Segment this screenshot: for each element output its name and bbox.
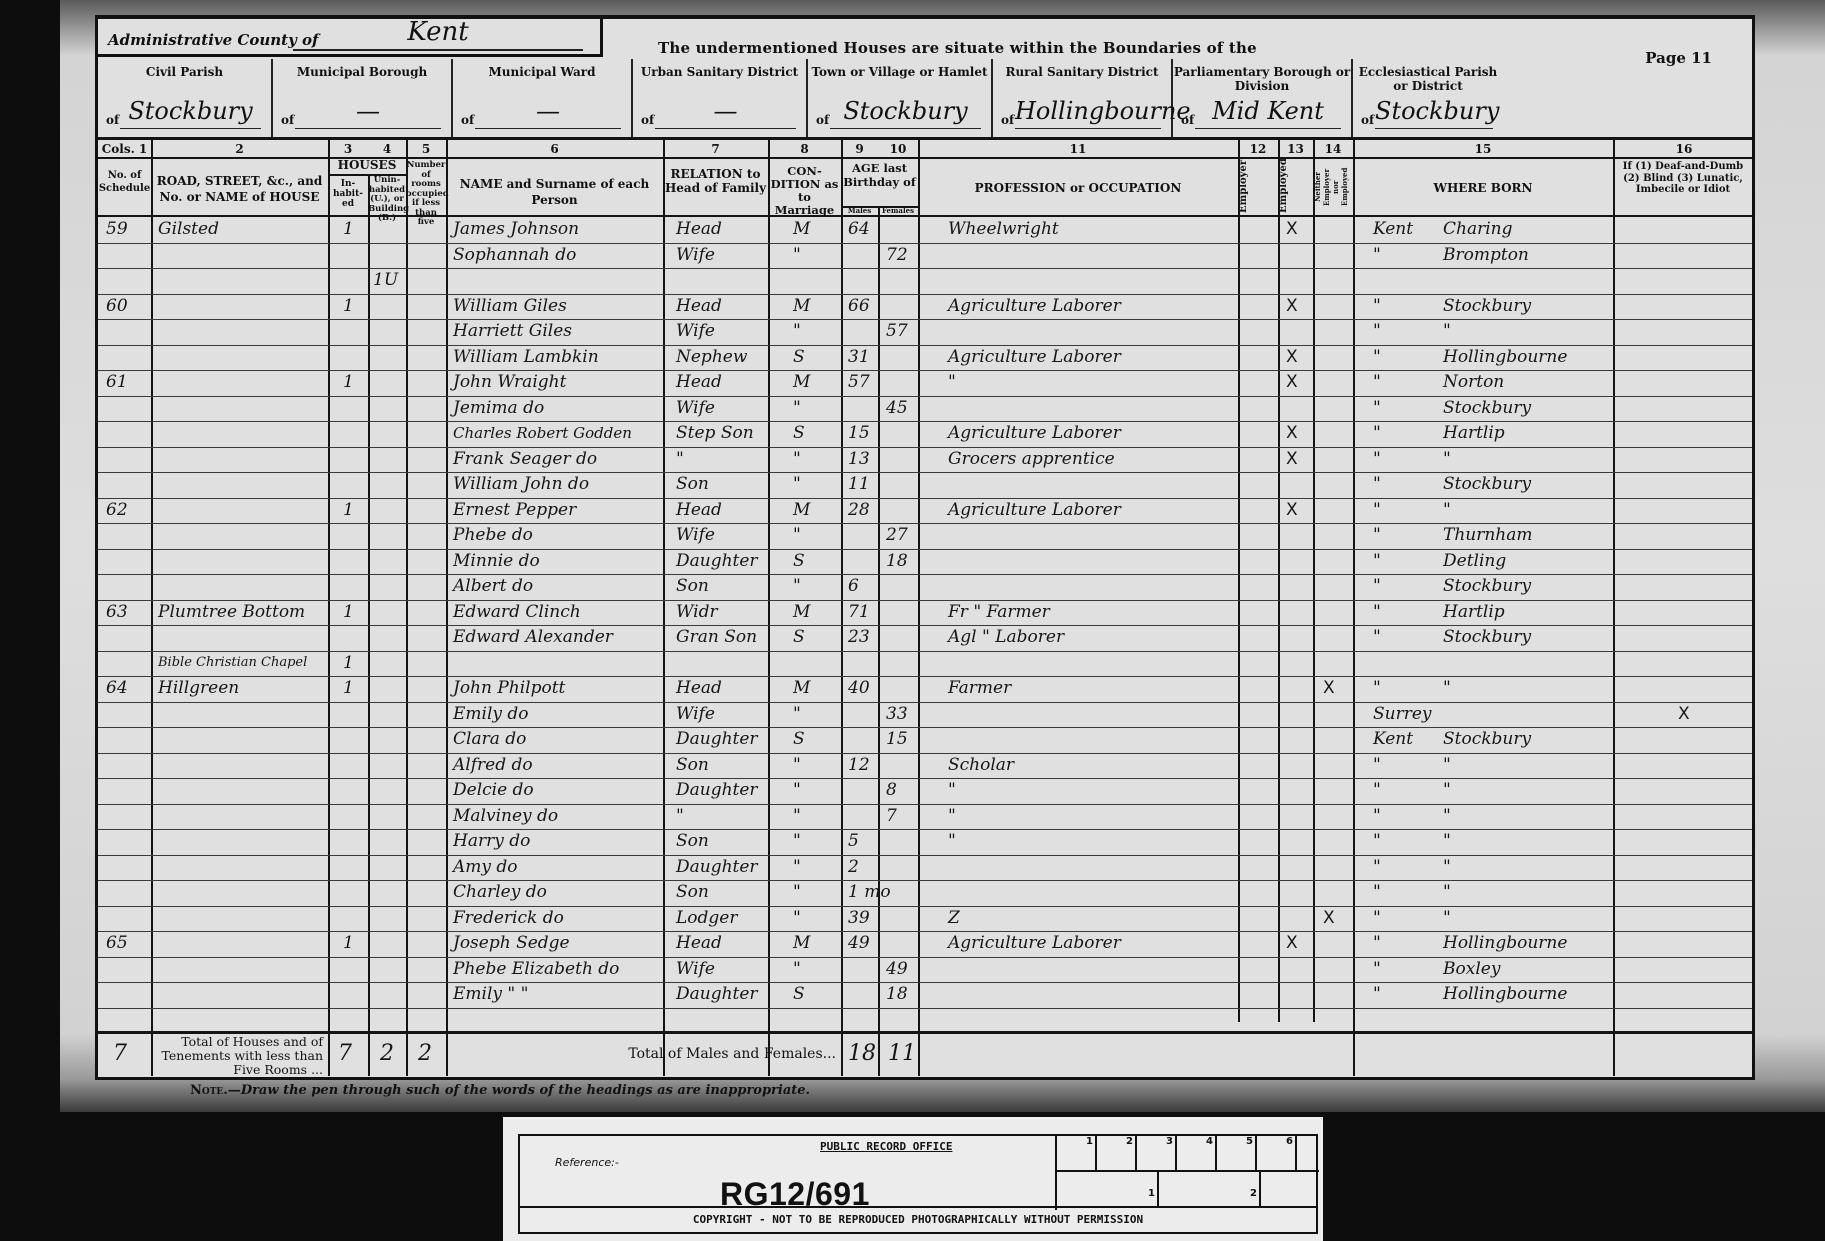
marital-condition: S bbox=[793, 726, 805, 752]
age-female: 18 bbox=[886, 981, 908, 1007]
marital-condition: " bbox=[793, 701, 801, 727]
scale-tick: 2 bbox=[1097, 1136, 1137, 1170]
column-number: 2 bbox=[151, 140, 328, 158]
header-neither: Neither Employer nor Employed bbox=[1313, 161, 1353, 213]
marital-condition: S bbox=[793, 420, 805, 446]
birth-county: " bbox=[1373, 318, 1381, 344]
relation-to-head: Head bbox=[676, 369, 722, 395]
column-rule bbox=[1353, 140, 1355, 1076]
person-name: James Johnson bbox=[453, 216, 579, 242]
header-where-born: WHERE BORN bbox=[1353, 182, 1613, 195]
row-rule bbox=[98, 804, 1752, 805]
column-rule bbox=[1613, 140, 1615, 1076]
birth-place: Hollingbourne bbox=[1443, 981, 1567, 1007]
road-name: Bible Christian Chapel bbox=[158, 650, 307, 676]
birth-place: Hollingbourne bbox=[1443, 930, 1567, 956]
district-label: Municipal Borough bbox=[273, 65, 451, 79]
district-value: — bbox=[475, 94, 621, 129]
reference-slip-frame: PUBLIC RECORD OFFICE Reference:- RG12/69… bbox=[518, 1134, 1318, 1234]
divider bbox=[98, 1031, 1752, 1034]
person-name: Malviney do bbox=[453, 803, 558, 829]
census-enumeration-sheet: Administrative County of Kent The underm… bbox=[95, 15, 1755, 1080]
occupation: Agriculture Laborer bbox=[948, 930, 1121, 956]
birth-county: " bbox=[1373, 471, 1381, 497]
district-7: Ecclesiastical Parish or DistrictofStock… bbox=[1353, 59, 1503, 137]
header-employed: Employed bbox=[1278, 161, 1313, 213]
birth-county: Kent bbox=[1373, 726, 1413, 752]
row-rule bbox=[98, 906, 1752, 907]
district-4: Town or Village or HamletofStockbury bbox=[808, 59, 993, 137]
relation-to-head: " bbox=[676, 446, 684, 472]
age-female: 27 bbox=[886, 522, 908, 548]
marital-condition: S bbox=[793, 344, 805, 370]
employed-mark: X bbox=[1286, 293, 1298, 319]
age-male: 64 bbox=[848, 216, 870, 242]
header-females: Females bbox=[878, 207, 918, 215]
relation-to-head: Head bbox=[676, 216, 722, 242]
occupation: " bbox=[948, 777, 956, 803]
row-rule bbox=[98, 447, 1752, 448]
birth-place: " bbox=[1443, 828, 1451, 854]
age-female: 57 bbox=[886, 318, 908, 344]
county-value: Kent bbox=[293, 17, 583, 51]
marital-condition: M bbox=[793, 497, 810, 523]
relation-to-head: Wife bbox=[676, 318, 715, 344]
column-number: 13 bbox=[1278, 140, 1313, 158]
age-male: 11 bbox=[848, 471, 870, 497]
total-inhabited: 7 bbox=[338, 1041, 352, 1067]
relation-to-head: Head bbox=[676, 293, 722, 319]
district-2: Municipal Wardof— bbox=[453, 59, 633, 137]
district-1: Municipal Boroughof— bbox=[273, 59, 453, 137]
relation-to-head: Daughter bbox=[676, 854, 758, 880]
person-name: Edward Clinch bbox=[453, 599, 581, 625]
column-rule bbox=[446, 140, 448, 1076]
header-uninhabited: Unin-habited (U.), or Building (B.) bbox=[368, 176, 406, 224]
age-male: 13 bbox=[848, 446, 870, 472]
birth-county: " bbox=[1373, 981, 1381, 1007]
person-name: Emily " " bbox=[453, 981, 528, 1007]
of-label: of bbox=[1001, 113, 1014, 127]
marital-condition: M bbox=[793, 216, 810, 242]
employed-mark: X bbox=[1286, 420, 1298, 446]
birth-place: " bbox=[1443, 905, 1451, 931]
person-name: Alfred do bbox=[453, 752, 533, 778]
district-label: Urban Sanitary District bbox=[633, 65, 806, 79]
age-male: 49 bbox=[848, 930, 870, 956]
row-rule bbox=[98, 880, 1752, 881]
inhabited-mark: 1 bbox=[343, 930, 354, 956]
header-rooms: Number of rooms occupied if less than fi… bbox=[406, 161, 446, 228]
relation-to-head: Son bbox=[676, 471, 709, 497]
marital-condition: M bbox=[793, 293, 810, 319]
relation-to-head: Wife bbox=[676, 242, 715, 268]
person-name: William John do bbox=[453, 471, 589, 497]
relation-to-head: Son bbox=[676, 828, 709, 854]
relation-to-head: Head bbox=[676, 930, 722, 956]
boundary-title: The undermentioned Houses are situate wi… bbox=[658, 39, 1257, 57]
birth-place: Stockbury bbox=[1443, 293, 1531, 319]
age-male: 12 bbox=[848, 752, 870, 778]
age-female: 33 bbox=[886, 701, 908, 727]
birth-place: " bbox=[1443, 752, 1451, 778]
header-name: NAME and Surname of each Person bbox=[446, 176, 663, 208]
total-females: 11 bbox=[888, 1041, 916, 1067]
age-male: 71 bbox=[848, 599, 870, 625]
person-name: Phebe Elizabeth do bbox=[453, 956, 619, 982]
marital-condition: " bbox=[793, 956, 801, 982]
column-number: 3 bbox=[328, 140, 368, 158]
person-name: Delcie do bbox=[453, 777, 534, 803]
relation-to-head: Daughter bbox=[676, 726, 758, 752]
marital-condition: " bbox=[793, 777, 801, 803]
reference-slip: PUBLIC RECORD OFFICE Reference:- RG12/69… bbox=[503, 1117, 1323, 1241]
person-name: Jemima do bbox=[453, 395, 544, 421]
scale-tick: 3 bbox=[1137, 1136, 1177, 1170]
row-rule bbox=[98, 268, 1752, 269]
birth-county: " bbox=[1373, 344, 1381, 370]
header-condition: CON-DITION as to Marriage bbox=[768, 165, 841, 217]
person-name: Harry do bbox=[453, 828, 530, 854]
marital-condition: " bbox=[793, 854, 801, 880]
marital-condition: M bbox=[793, 369, 810, 395]
birth-county: Kent bbox=[1373, 216, 1413, 242]
column-rule bbox=[1313, 140, 1315, 1022]
row-rule bbox=[98, 1008, 1752, 1009]
birth-county: " bbox=[1373, 803, 1381, 829]
uninhabited-mark: 1U bbox=[373, 267, 398, 293]
age-male: 66 bbox=[848, 293, 870, 319]
road-name: Plumtree Bottom bbox=[158, 599, 305, 625]
birth-place: Norton bbox=[1443, 369, 1504, 395]
of-label: of bbox=[461, 113, 474, 127]
header-inhabited: In-habit-ed bbox=[328, 179, 368, 209]
header-road: ROAD, STREET, &c., and No. or NAME of HO… bbox=[151, 173, 328, 205]
district-label: Town or Village or Hamlet bbox=[808, 65, 991, 79]
schedule-number: 60 bbox=[106, 293, 128, 319]
birth-place: " bbox=[1443, 675, 1451, 701]
column-number: 4 bbox=[368, 140, 406, 158]
birth-place: " bbox=[1443, 446, 1451, 472]
birth-place: " bbox=[1443, 803, 1451, 829]
birth-county: " bbox=[1373, 777, 1381, 803]
row-rule bbox=[98, 702, 1752, 703]
birth-county: " bbox=[1373, 522, 1381, 548]
employed-mark: X bbox=[1286, 446, 1298, 472]
person-name: Charles Robert Godden bbox=[453, 420, 632, 446]
person-name: Ernest Pepper bbox=[453, 497, 576, 523]
column-rule bbox=[328, 140, 330, 1076]
birth-county: " bbox=[1373, 599, 1381, 625]
column-rule bbox=[768, 140, 770, 1076]
occupation: " bbox=[948, 369, 956, 395]
column-number: 15 bbox=[1353, 140, 1613, 158]
age-male: 5 bbox=[848, 828, 859, 854]
infirmity-mark: X bbox=[1678, 701, 1690, 727]
occupation: Farmer bbox=[948, 675, 1011, 701]
marital-condition: S bbox=[793, 548, 805, 574]
birth-county: " bbox=[1373, 624, 1381, 650]
relation-to-head: Daughter bbox=[676, 548, 758, 574]
column-number: 14 bbox=[1313, 140, 1353, 158]
birth-county: " bbox=[1373, 497, 1381, 523]
district-0: Civil ParishofStockbury bbox=[98, 59, 273, 137]
age-female: 49 bbox=[886, 956, 908, 982]
header-schedule: No. of Schedule bbox=[98, 169, 151, 195]
employed-mark: X bbox=[1286, 344, 1298, 370]
scale-tick: 1 bbox=[1057, 1136, 1097, 1170]
person-name: William Giles bbox=[453, 293, 567, 319]
district-5: Rural Sanitary DistrictofHollingbourne bbox=[993, 59, 1173, 137]
column-rule bbox=[406, 140, 408, 1076]
birth-county: " bbox=[1373, 548, 1381, 574]
census-page-scan: Administrative County of Kent The underm… bbox=[60, 0, 1825, 1112]
total-schedules: 7 bbox=[113, 1041, 127, 1067]
occupation: Agriculture Laborer bbox=[948, 420, 1121, 446]
relation-to-head: Head bbox=[676, 675, 722, 701]
person-name: Minnie do bbox=[453, 548, 540, 574]
district-label: Parliamentary Borough or Division bbox=[1173, 65, 1351, 93]
schedule-number: 59 bbox=[106, 216, 128, 242]
person-name: Joseph Sedge bbox=[453, 930, 570, 956]
birth-county: " bbox=[1373, 828, 1381, 854]
scale-tick: 6 bbox=[1257, 1136, 1297, 1170]
birth-county: " bbox=[1373, 369, 1381, 395]
age-female: 18 bbox=[886, 548, 908, 574]
birth-place: Thurnham bbox=[1443, 522, 1533, 548]
district-value: — bbox=[295, 94, 441, 129]
birth-place: " bbox=[1443, 318, 1451, 344]
marital-condition: M bbox=[793, 599, 810, 625]
marital-condition: " bbox=[793, 318, 801, 344]
of-label: of bbox=[641, 113, 654, 127]
employed-mark: X bbox=[1286, 497, 1298, 523]
age-female: 7 bbox=[886, 803, 897, 829]
road-name: Hillgreen bbox=[158, 675, 239, 701]
birth-county: " bbox=[1373, 293, 1381, 319]
of-label: of bbox=[1361, 113, 1374, 127]
marital-condition: S bbox=[793, 624, 805, 650]
district-value: Stockbury bbox=[1375, 94, 1493, 129]
occupation: " bbox=[948, 828, 956, 854]
of-label: of bbox=[1181, 113, 1194, 127]
marital-condition: " bbox=[793, 803, 801, 829]
birth-place: Charing bbox=[1443, 216, 1513, 242]
column-rule bbox=[918, 140, 920, 1076]
district-label: Municipal Ward bbox=[453, 65, 631, 79]
marital-condition: " bbox=[793, 471, 801, 497]
road-name: Gilsted bbox=[158, 216, 219, 242]
row-rule bbox=[98, 957, 1752, 958]
relation-to-head: Wife bbox=[676, 395, 715, 421]
relation-to-head: Son bbox=[676, 573, 709, 599]
birth-county: " bbox=[1373, 905, 1381, 931]
header-males: Males bbox=[841, 207, 878, 215]
column-rule bbox=[151, 140, 153, 1076]
age-female: 8 bbox=[886, 777, 897, 803]
birth-place: " bbox=[1443, 497, 1451, 523]
birth-place: Hartlip bbox=[1443, 599, 1505, 625]
birth-county: " bbox=[1373, 573, 1381, 599]
birth-county: Surrey bbox=[1373, 701, 1432, 727]
scale-tick: 5 bbox=[1217, 1136, 1257, 1170]
employed-mark: X bbox=[1286, 930, 1298, 956]
neither-mark: X bbox=[1323, 675, 1335, 701]
column-number: 7 bbox=[663, 140, 768, 158]
person-name: John Wraight bbox=[453, 369, 566, 395]
column-number: 16 bbox=[1613, 140, 1755, 158]
employed-mark: X bbox=[1286, 369, 1298, 395]
person-name: Frank Seager do bbox=[453, 446, 597, 472]
birth-place: Stockbury bbox=[1443, 471, 1531, 497]
relation-to-head: Lodger bbox=[676, 905, 737, 931]
occupation: Scholar bbox=[948, 752, 1014, 778]
relation-to-head: Daughter bbox=[676, 777, 758, 803]
marital-condition: " bbox=[793, 522, 801, 548]
marital-condition: " bbox=[793, 573, 801, 599]
age-male: 6 bbox=[848, 573, 859, 599]
district-value: Stockbury bbox=[120, 94, 261, 129]
relation-to-head: Wife bbox=[676, 701, 715, 727]
copyright-notice: COPYRIGHT - NOT TO BE REPRODUCED PHOTOGR… bbox=[520, 1206, 1316, 1232]
occupation: Grocers apprentice bbox=[948, 446, 1115, 472]
county-label: Administrative County of bbox=[108, 31, 318, 49]
person-name: Clara do bbox=[453, 726, 526, 752]
age-male: 39 bbox=[848, 905, 870, 931]
age-male: 57 bbox=[848, 369, 870, 395]
age-male: 31 bbox=[848, 344, 870, 370]
marital-condition: " bbox=[793, 752, 801, 778]
column-number: 12 bbox=[1238, 140, 1278, 158]
header-houses: HOUSES bbox=[328, 159, 406, 172]
row-rule bbox=[98, 829, 1752, 830]
of-label: of bbox=[816, 113, 829, 127]
column-rule bbox=[1278, 140, 1280, 1022]
marital-condition: " bbox=[793, 828, 801, 854]
person-name: William Lambkin bbox=[453, 344, 599, 370]
row-rule bbox=[98, 855, 1752, 856]
inhabited-mark: 1 bbox=[343, 675, 354, 701]
schedule-number: 61 bbox=[106, 369, 128, 395]
relation-to-head: Son bbox=[676, 752, 709, 778]
occupation: Agriculture Laborer bbox=[948, 497, 1121, 523]
inhabited-mark: 1 bbox=[343, 497, 354, 523]
person-name: Frederick do bbox=[453, 905, 564, 931]
marital-condition: " bbox=[793, 446, 801, 472]
occupation: " bbox=[948, 803, 956, 829]
relation-to-head: Gran Son bbox=[676, 624, 757, 650]
inhabited-mark: 1 bbox=[343, 216, 354, 242]
total-uninhabited: 2 bbox=[380, 1041, 394, 1067]
relation-to-head: Head bbox=[676, 497, 722, 523]
person-name: Charley do bbox=[453, 879, 547, 905]
schedule-number: 65 bbox=[106, 930, 128, 956]
age-female: 72 bbox=[886, 242, 908, 268]
birth-place: Detling bbox=[1443, 548, 1506, 574]
birth-county: " bbox=[1373, 675, 1381, 701]
age-male: 40 bbox=[848, 675, 870, 701]
schedule-number: 64 bbox=[106, 675, 128, 701]
occupation: Agl " Laborer bbox=[948, 624, 1064, 650]
person-name: Sophannah do bbox=[453, 242, 576, 268]
row-rule bbox=[98, 753, 1752, 754]
schedule-number: 62 bbox=[106, 497, 128, 523]
column-rule bbox=[1238, 140, 1240, 1022]
age-female: 45 bbox=[886, 395, 908, 421]
inhabited-mark: 1 bbox=[343, 650, 354, 676]
marital-condition: M bbox=[793, 675, 810, 701]
column-number: Cols. 1 bbox=[98, 140, 151, 158]
birth-county: " bbox=[1373, 446, 1381, 472]
reference-label: Reference:- bbox=[555, 1156, 619, 1169]
occupation: Z bbox=[948, 905, 960, 931]
relation-to-head: Wife bbox=[676, 522, 715, 548]
district-3: Urban Sanitary Districtof— bbox=[633, 59, 808, 137]
person-name: Phebe do bbox=[453, 522, 533, 548]
person-name: Albert do bbox=[453, 573, 533, 599]
person-name: Emily do bbox=[453, 701, 529, 727]
header-infirmity: If (1) Deaf-and-Dumb (2) Blind (3) Lunat… bbox=[1613, 161, 1753, 196]
column-number: 9 bbox=[841, 140, 878, 158]
schedule-number: 63 bbox=[106, 599, 128, 625]
relation-to-head: Daughter bbox=[676, 981, 758, 1007]
district-value: Hollingbourne bbox=[1015, 94, 1161, 129]
column-number: 10 bbox=[878, 140, 918, 158]
relation-to-head: Nephew bbox=[676, 344, 747, 370]
age-male: 2 bbox=[848, 854, 859, 880]
header-age: AGE last Birthday of bbox=[841, 161, 918, 189]
note-text: Draw the pen through such of the words o… bbox=[241, 1083, 810, 1098]
total-persons-label: Total of Males and Females... bbox=[518, 1047, 836, 1061]
birth-county: " bbox=[1373, 395, 1381, 421]
total-males: 18 bbox=[848, 1041, 876, 1067]
administrative-county-box: Administrative County of Kent bbox=[98, 19, 603, 57]
district-value: Mid Kent bbox=[1195, 94, 1341, 129]
birth-county: " bbox=[1373, 242, 1381, 268]
person-name: John Philpott bbox=[453, 675, 565, 701]
of-label: of bbox=[106, 113, 119, 127]
page-number: Page 11 bbox=[1645, 49, 1712, 67]
inhabited-mark: 1 bbox=[343, 369, 354, 395]
marital-condition: " bbox=[793, 242, 801, 268]
birth-county: " bbox=[1373, 420, 1381, 446]
marital-condition: " bbox=[793, 879, 801, 905]
employed-mark: X bbox=[1286, 216, 1298, 242]
total-rooms: 2 bbox=[418, 1041, 432, 1067]
relation-to-head: " bbox=[676, 803, 684, 829]
district-label: Ecclesiastical Parish or District bbox=[1353, 65, 1503, 93]
person-name: Edward Alexander bbox=[453, 624, 613, 650]
age-male: 1 mo bbox=[848, 879, 891, 905]
column-number: 8 bbox=[768, 140, 841, 158]
birth-place: Hartlip bbox=[1443, 420, 1505, 446]
relation-to-head: Wife bbox=[676, 956, 715, 982]
occupation: Agriculture Laborer bbox=[948, 293, 1121, 319]
district-label: Civil Parish bbox=[98, 65, 271, 79]
birth-place: Stockbury bbox=[1443, 624, 1531, 650]
column-number: 5 bbox=[406, 140, 446, 158]
scale-tick: 4 bbox=[1177, 1136, 1217, 1170]
age-male: 23 bbox=[848, 624, 870, 650]
marital-condition: M bbox=[793, 930, 810, 956]
note-prefix: Note.— bbox=[190, 1083, 241, 1098]
header-occupation: PROFESSION or OCCUPATION bbox=[918, 182, 1238, 195]
occupation: Fr " Farmer bbox=[948, 599, 1050, 625]
birth-county: " bbox=[1373, 752, 1381, 778]
scale-tick-cm: 1 bbox=[1057, 1172, 1159, 1208]
birth-place: Stockbury bbox=[1443, 726, 1531, 752]
person-name: Amy do bbox=[453, 854, 518, 880]
